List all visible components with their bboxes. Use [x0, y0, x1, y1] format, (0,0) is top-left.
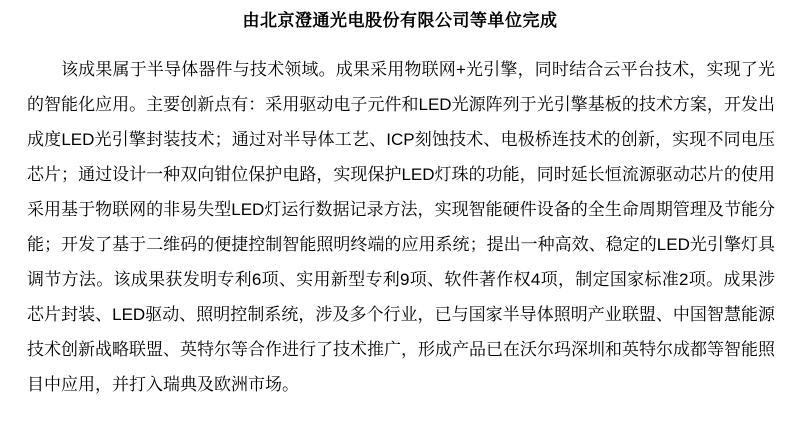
paragraph-line: 该成果属于半导体器件与技术领域。成果采用物联网+光引擎，同时结合云平台技术，实现… — [27, 52, 775, 87]
paragraph-line: 技术创新战略联盟、英特尔等合作进行了技术推广，形成产品已在沃尔玛深圳和英特尔成都… — [27, 332, 775, 367]
paragraph-line: 采用基于物联网的非易失型LED灯运行数据记录方法，实现智能硬件设备的全生命周期管… — [27, 192, 775, 227]
paragraph-line: 目中应用，并打入瑞典及欧洲市场。 — [27, 367, 775, 402]
document-title: 由北京澄通光电股份有限公司等单位完成 — [0, 0, 800, 32]
paragraph-line: 芯片；通过设计一种双向钳位保护电路，实现保护LED灯珠的功能，同时延长恒流源驱动… — [27, 157, 775, 192]
document-paragraph: 该成果属于半导体器件与技术领域。成果采用物联网+光引擎，同时结合云平台技术，实现… — [27, 52, 775, 402]
paragraph-line: 芯片封装、LED驱动、照明控制系统，涉及多个行业，已与国家半导体照明产业联盟、中… — [27, 297, 775, 332]
paragraph-line: 调节方法。该成果获发明专利6项、实用新型专利9项、软件著作权4项，制定国家标准2… — [27, 262, 775, 297]
document-page: 由北京澄通光电股份有限公司等单位完成 该成果属于半导体器件与技术领域。成果采用物… — [0, 0, 800, 431]
paragraph-line: 的智能化应用。主要创新点有：采用驱动电子元件和LED光源阵列于光引擎基板的技术方… — [27, 87, 775, 122]
paragraph-line: 能；开发了基于二维码的便捷控制智能照明终端的应用系统；提出一种高效、稳定的LED… — [27, 227, 775, 262]
paragraph-line: 成度LED光引擎封装技术；通过对半导体工艺、ICP刻蚀技术、电极桥连技术的创新，… — [27, 122, 775, 157]
